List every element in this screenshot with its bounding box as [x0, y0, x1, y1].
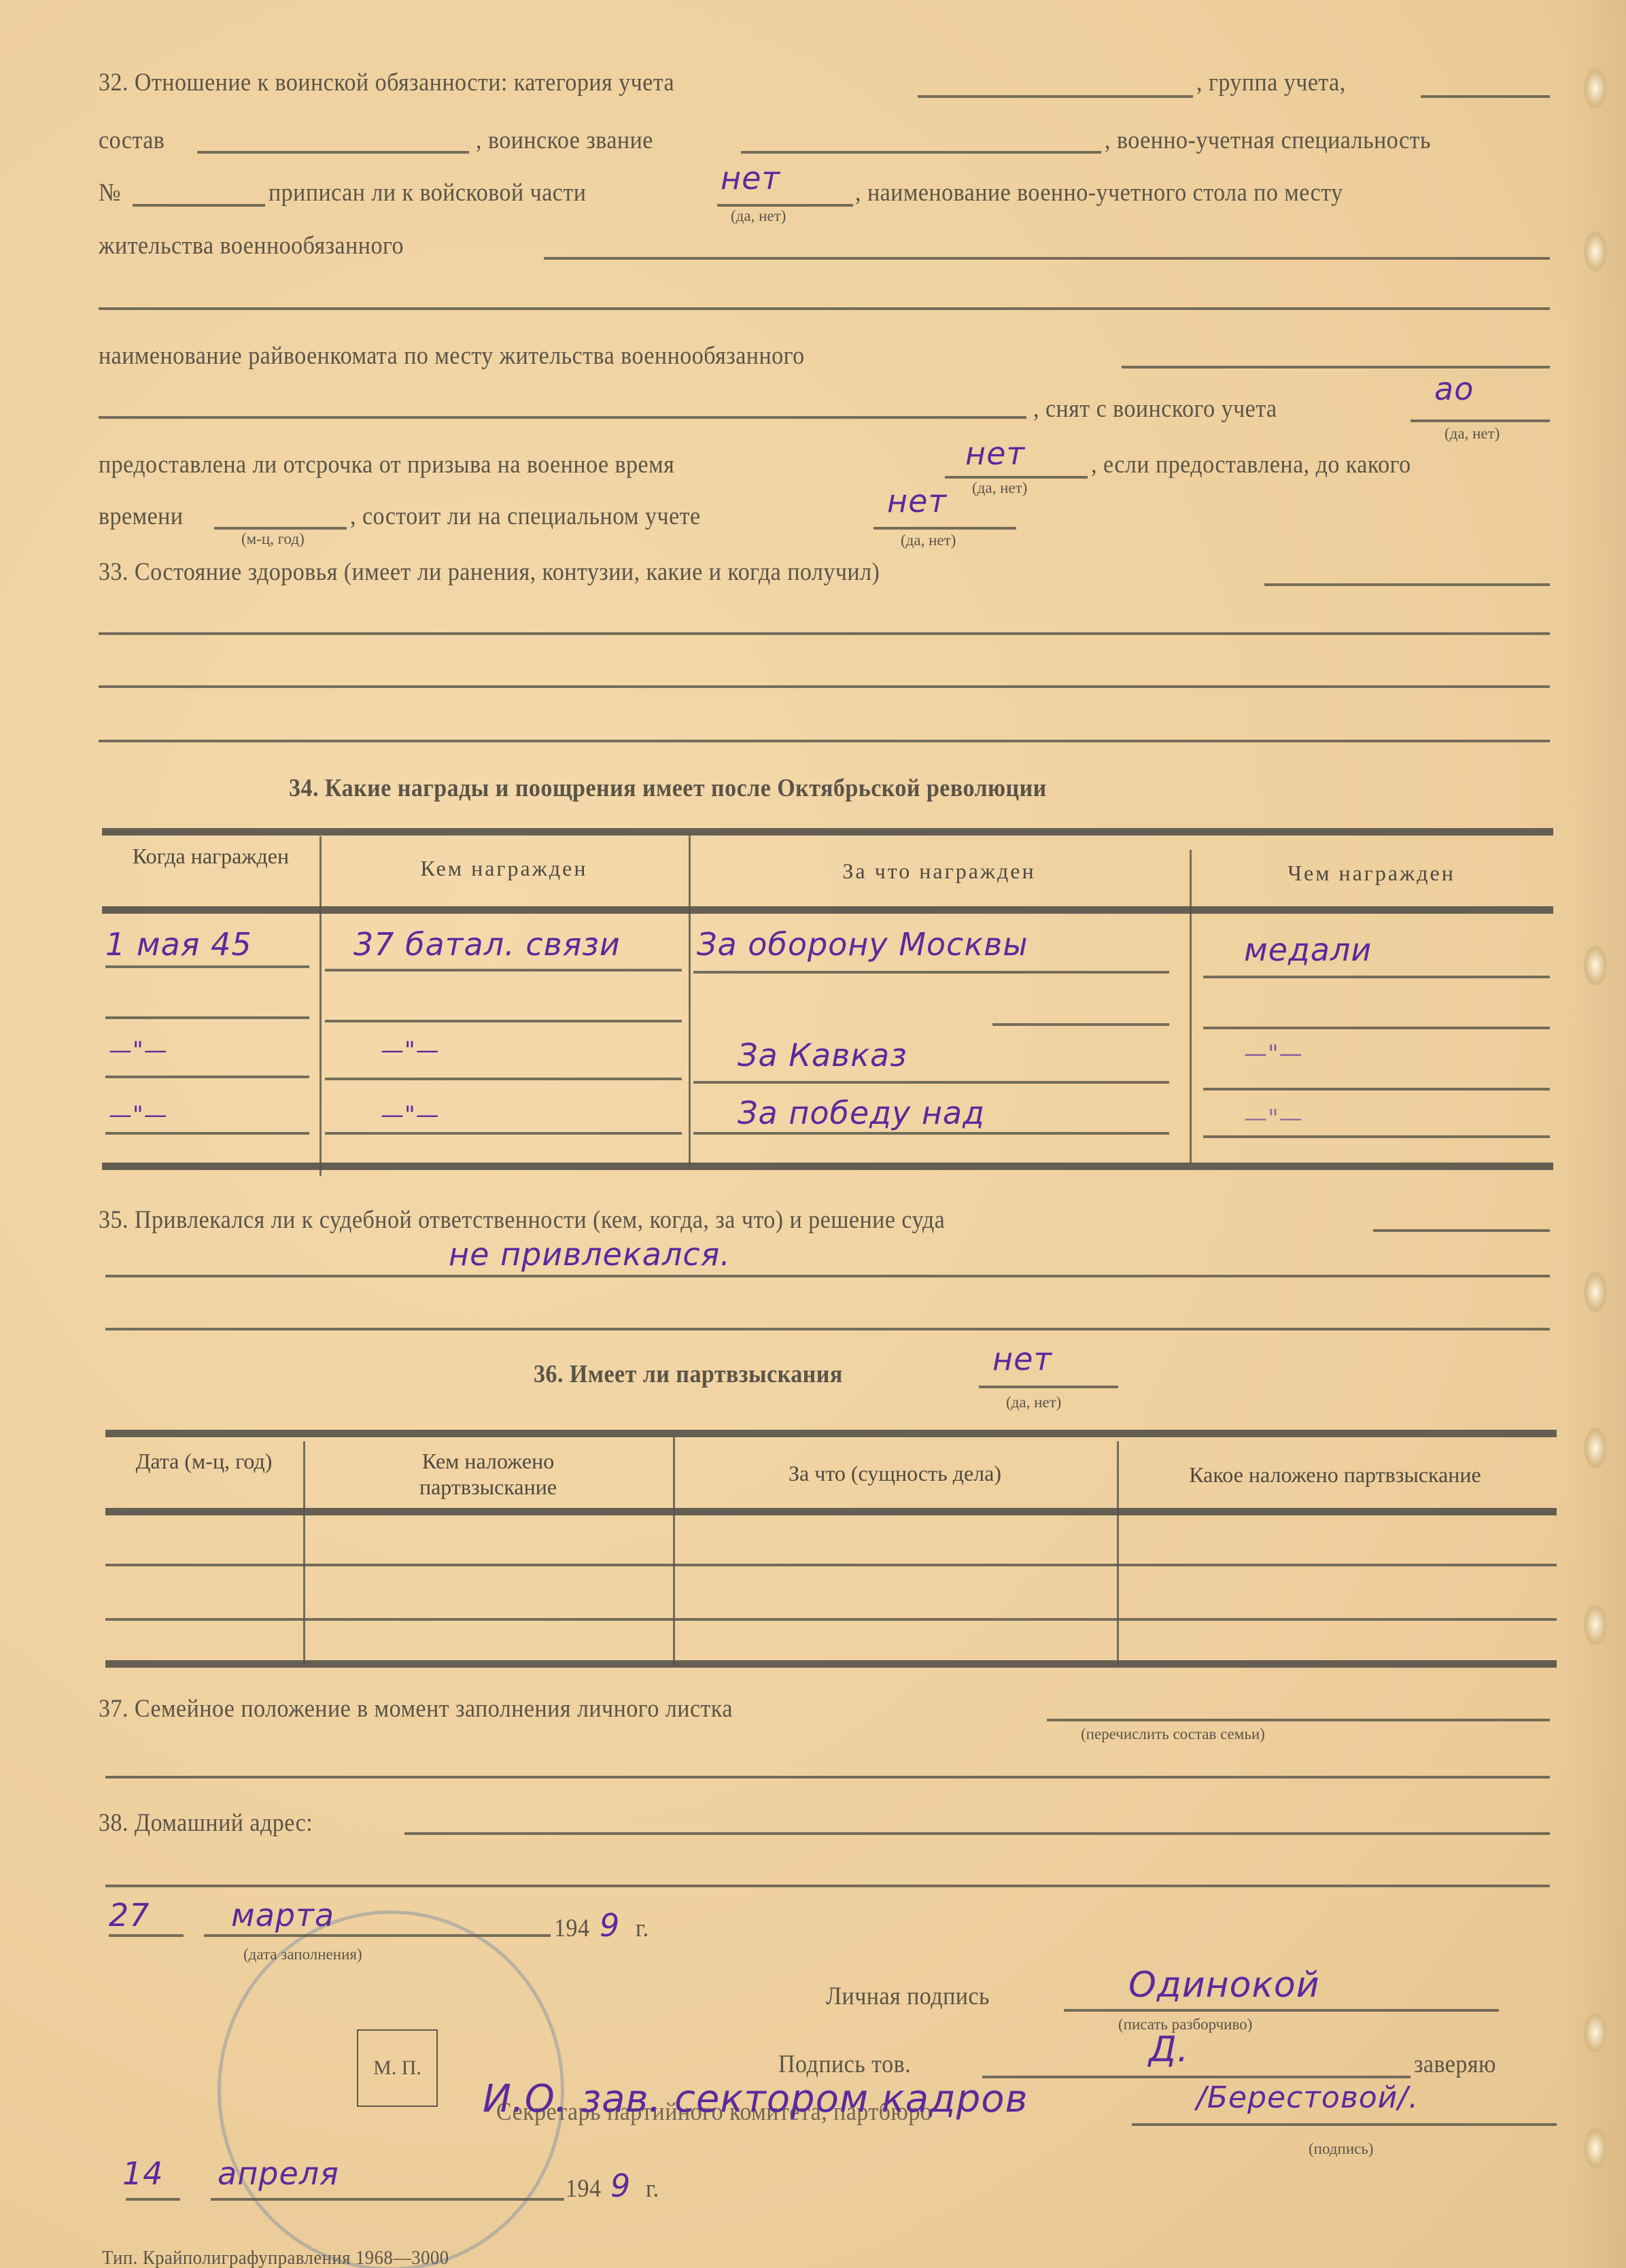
- secretary-sign-hint: (подпись): [1309, 2140, 1373, 2158]
- cert-month-field[interactable]: [211, 2198, 564, 2201]
- punch-hole: [1584, 1428, 1607, 1468]
- special-reg-label: , состоит ли на специальном учете: [350, 502, 701, 531]
- yesno-hint: (да, нет): [731, 207, 786, 225]
- yesno-hint: (да, нет): [901, 532, 956, 549]
- penalty-value: нет: [992, 1341, 1052, 1377]
- row-line: [325, 1020, 682, 1023]
- row-line: [992, 1023, 1169, 1026]
- rvk-label: наименование райвоенкомата по месту жите…: [99, 341, 805, 371]
- fill-day-field[interactable]: [109, 1934, 184, 1937]
- secretary-sign-field[interactable]: [1132, 2123, 1557, 2126]
- row-line: [693, 971, 1169, 974]
- fill-year-digit: 9: [600, 1907, 620, 1944]
- table2-top-rule: [105, 1430, 1557, 1437]
- certify-suffix: заверяю: [1414, 2050, 1496, 2079]
- specialty-label: , военно-учетная специальность: [1105, 126, 1431, 155]
- cert-month: апреля: [218, 2155, 339, 2192]
- special-reg-field[interactable]: [873, 527, 1016, 530]
- row-line: [105, 1076, 309, 1078]
- row2-by: —"—: [381, 1037, 440, 1064]
- desk-field[interactable]: [544, 257, 1550, 260]
- fill-month: марта: [231, 1897, 334, 1934]
- month-year-hint: (м-ц, год): [241, 530, 305, 548]
- q35-label: 35. Привлекался ли к судебной ответствен…: [99, 1205, 945, 1235]
- punch-hole: [1584, 2012, 1607, 2053]
- unit-field[interactable]: [717, 204, 853, 207]
- header-imposed-by: Кем наложено партвзыскание: [303, 1448, 673, 1500]
- court-field-3[interactable]: [105, 1328, 1550, 1330]
- cert-year-suffix: г.: [646, 2174, 659, 2203]
- row3-by: —"—: [381, 1101, 440, 1129]
- row-line: [1203, 976, 1550, 978]
- court-value[interactable]: не привлекался.: [449, 1236, 731, 1273]
- row2-what: —"—: [1244, 1040, 1303, 1067]
- group-label: , группа учета,: [1196, 68, 1346, 97]
- health-field[interactable]: [1264, 583, 1550, 586]
- row-line: [1203, 1088, 1550, 1090]
- number-label: №: [99, 178, 121, 207]
- cert-day: 14: [122, 2155, 164, 2192]
- row1-what: медали: [1244, 931, 1372, 968]
- punch-hole: [1584, 1604, 1607, 1645]
- signature-field[interactable]: [1064, 2009, 1499, 2012]
- deferment-value: нет: [965, 435, 1025, 472]
- table-top-rule: [102, 828, 1553, 836]
- yesno-hint: (да, нет): [972, 479, 1027, 497]
- desk-field-2[interactable]: [99, 307, 1550, 310]
- rvk-field[interactable]: [1122, 366, 1550, 368]
- table2-bottom-rule: [105, 1660, 1557, 1668]
- punch-hole: [1584, 68, 1607, 109]
- rank-label: , воинское звание: [476, 126, 653, 155]
- court-field-2[interactable]: [105, 1275, 1550, 1277]
- punch-hole: [1584, 1271, 1607, 1312]
- address-field-2[interactable]: [105, 1885, 1550, 1887]
- deferment-label: предоставлена ли отсрочка от призыва на …: [99, 450, 674, 479]
- desk-label: , наименование военно-учетного стола по …: [855, 178, 1343, 207]
- row-line: [325, 969, 682, 972]
- seal-place-label: М. П.: [373, 2057, 421, 2080]
- cert-year-digit: 9: [610, 2167, 631, 2204]
- header-for-what: За что награжден: [689, 858, 1190, 884]
- yesno-hint: (да, нет): [1445, 425, 1500, 443]
- unit-value: нет: [721, 160, 780, 196]
- paper-edge: [1565, 0, 1626, 2268]
- deregistered-value: ао: [1434, 371, 1474, 407]
- header-award: Чем награжден: [1190, 860, 1553, 886]
- deferment-field[interactable]: [945, 476, 1088, 479]
- fill-date-hint: (дата заполнения): [243, 1946, 362, 1963]
- q36-label: 36. Имеет ли партвзыскания: [534, 1360, 843, 1389]
- group-field[interactable]: [1421, 95, 1550, 98]
- certify-label: Подпись тов.: [778, 2050, 911, 2079]
- secretary-sign-value: /Берестовой/.: [1196, 2080, 1419, 2115]
- family-field[interactable]: [1047, 1719, 1550, 1721]
- signature-value: Одинокой: [1128, 1965, 1320, 2006]
- col-divider: [1190, 850, 1192, 1163]
- time-label: времени: [99, 502, 184, 531]
- number-field[interactable]: [133, 204, 265, 207]
- row1-for: За оборону Москвы: [697, 926, 1028, 963]
- row-line: [105, 965, 309, 968]
- row-line: [105, 1132, 309, 1135]
- yesno-hint: (да, нет): [1006, 1394, 1061, 1411]
- row1-when: 1 мая 45: [105, 926, 252, 963]
- row-line: [105, 1016, 309, 1019]
- col-divider: [319, 836, 322, 1176]
- penalty-field[interactable]: [979, 1386, 1118, 1388]
- residence-label: жительства военнообязанного: [99, 231, 404, 260]
- punch-hole: [1584, 945, 1607, 986]
- composition-field[interactable]: [197, 151, 469, 154]
- header2-bottom-rule: [105, 1508, 1557, 1515]
- table-bottom-rule: [102, 1163, 1553, 1170]
- cert-day-field[interactable]: [126, 2198, 180, 2201]
- secretary-handwritten: И.О. зав. сектором кадров: [483, 2077, 1028, 2121]
- row2-when: —"—: [109, 1037, 168, 1064]
- q34-title: 34. Какие награды и поощрения имеет посл…: [289, 774, 1047, 803]
- q37-label: 37. Семейное положение в момент заполнен…: [99, 1694, 733, 1723]
- row3-when: —"—: [109, 1101, 168, 1129]
- q38-label: 38. Домашний адрес:: [99, 1808, 313, 1838]
- punch-hole: [1584, 2128, 1607, 2169]
- row-line: [693, 1132, 1169, 1135]
- fill-year-suffix: г.: [636, 1914, 649, 1943]
- q32-label: 32. Отношение к воинской обязанности: ка…: [99, 68, 674, 97]
- health-field-4[interactable]: [99, 740, 1550, 742]
- health-field-3[interactable]: [99, 685, 1550, 688]
- row-line: [1203, 1027, 1550, 1029]
- printer-footer: Тип. Крайполиграфуправления 1968—3000: [102, 2247, 449, 2268]
- row-line: [105, 1564, 1557, 1566]
- seal-place-box: М. П.: [357, 2029, 438, 2107]
- header-bottom-rule: [102, 906, 1553, 914]
- deregistered-label: , снят с воинского учета: [1033, 394, 1277, 424]
- rank-field[interactable]: [741, 151, 1101, 154]
- unit-label: приписан ли к войсковой части: [269, 178, 586, 207]
- health-field-2[interactable]: [99, 632, 1550, 635]
- fill-year-prefix: 194: [554, 1914, 589, 1943]
- row1-by: 37 батал. связи: [353, 926, 621, 963]
- q33-label: 33. Состояние здоровья (имеет ли ранения…: [99, 557, 880, 587]
- special-reg-value: нет: [887, 483, 947, 519]
- deregistered-field[interactable]: [1411, 419, 1550, 422]
- header-when: Когда награжден: [102, 843, 319, 869]
- row-line: [693, 1081, 1169, 1084]
- time-field[interactable]: [214, 527, 347, 530]
- rvk-field-2[interactable]: [99, 416, 1026, 419]
- header-by-whom: Кем награжден: [319, 855, 689, 881]
- family-hint: (перечислить состав семьи): [1081, 1725, 1265, 1743]
- punch-hole: [1584, 231, 1607, 272]
- family-field-2[interactable]: [105, 1776, 1550, 1779]
- fill-day: 27: [109, 1897, 150, 1934]
- row-line: [325, 1132, 682, 1135]
- fill-month-field[interactable]: [204, 1934, 551, 1937]
- court-field[interactable]: [1373, 1229, 1550, 1232]
- address-field[interactable]: [404, 1832, 1550, 1835]
- header-date: Дата (м-ц, год): [105, 1448, 302, 1474]
- cert-year-prefix: 194: [566, 2174, 601, 2203]
- header-penalty: Какое наложено партвзыскание: [1117, 1462, 1553, 1488]
- row3-what: —"—: [1244, 1105, 1303, 1132]
- certify-field[interactable]: [982, 2076, 1411, 2078]
- composition-label: состав: [99, 126, 165, 155]
- certify-value: Д.: [1149, 2029, 1189, 2070]
- row3-for: За победу над: [738, 1095, 985, 1131]
- row2-for: За Кавказ: [738, 1037, 907, 1073]
- deferment-until-label: , если предоставлена, до какого: [1091, 450, 1411, 479]
- category-field[interactable]: [918, 95, 1193, 98]
- signature-label: Личная подпись: [826, 1982, 990, 2011]
- row-line: [325, 1078, 682, 1080]
- header-reason: За что (сущность дела): [673, 1460, 1117, 1486]
- row-line: [1203, 1135, 1550, 1138]
- row-line: [105, 1618, 1557, 1621]
